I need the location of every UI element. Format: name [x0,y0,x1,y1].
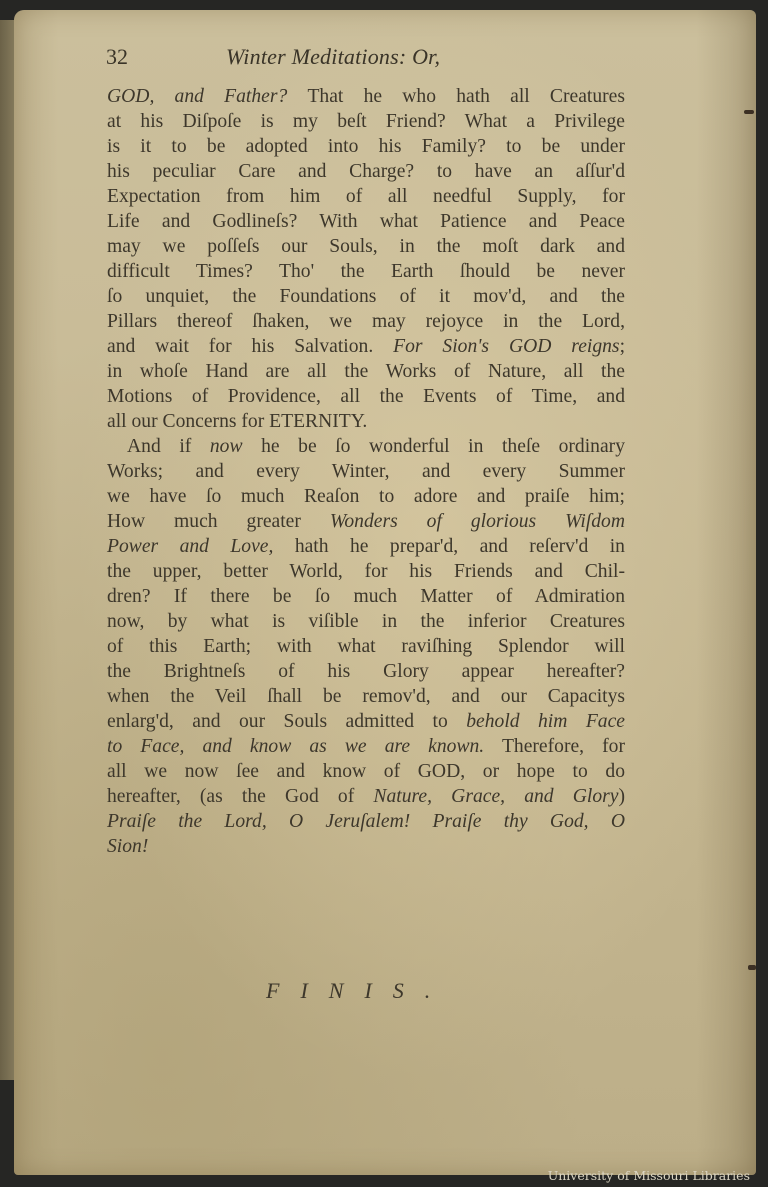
roman-text: How much greater [107,511,330,532]
roman-text: all we now ſee and know of GOD, or hope … [107,761,625,782]
roman-text: dren? If there be ſo much Matter of Admi… [107,586,625,607]
text-line: may we poſſeſs our Souls, in the moſt da… [107,234,625,259]
text-line: in whoſe Hand are all the Works of Natur… [107,359,625,384]
text-line: all we now ſee and know of GOD, or hope … [107,759,625,784]
text-line: when the Veil ſhall be remov'd, and our … [107,684,625,709]
body-text: GOD, and Father? That he who hath all Cr… [107,84,625,859]
italic-text: behold him Face [466,711,625,732]
text-line: Expectation from him of all needful Supp… [107,184,625,209]
text-line: Pillars thereof ſhaken, we may rejoyce i… [107,309,625,334]
italic-text: now [210,436,243,457]
running-head-title: Winter Meditations: Or, [226,44,440,70]
roman-text: Life and Godlineſs? With what Patience a… [107,211,625,232]
roman-text: That he who hath all Creatures [307,86,625,107]
text-line: and wait for his Salvation. For Sion's G… [107,334,625,359]
roman-text: ſo unquiet, the Foundations of it mov'd,… [107,286,625,307]
page-edge-mark [748,965,756,970]
roman-text: Works; and every Winter, and every Summe… [107,461,625,482]
library-credit: University of Missouri Libraries [548,1168,750,1183]
page-number: 32 [106,44,128,70]
text-line: we have ſo much Reaſon to adore and prai… [107,484,625,509]
text-line: all our Concerns for ETERNITY. [107,409,625,434]
finis-closing: FINIS. [266,978,486,1004]
roman-text: Therefore, for [484,736,625,757]
italic-text: Power and Love, [107,536,273,557]
roman-text: And if [127,436,210,457]
roman-text: all our Concerns for ETERNITY. [107,411,367,432]
italic-text: Sion! [107,836,148,857]
text-line: enlarg'd, and our Souls admitted to beho… [107,709,625,734]
text-line: And if now he be ſo wonderful in theſe o… [107,434,625,459]
text-line: is it to be adopted into his Family? to … [107,134,625,159]
roman-text: enlarg'd, and our Souls admitted to [107,711,466,732]
italic-text: For Sion's GOD reigns [393,336,619,357]
text-line: GOD, and Father? That he who hath all Cr… [107,84,625,109]
roman-text: when the Veil ſhall be remov'd, and our … [107,686,625,707]
running-head: 32 Winter Meditations: Or, [106,44,626,74]
italic-text: GOD, and Father? [107,86,307,107]
text-line: to Face, and know as we are known. There… [107,734,625,759]
text-line: difficult Times? Tho' the Earth ſhould b… [107,259,625,284]
roman-text: hath he prepar'd, and reſerv'd in [273,536,625,557]
text-line: at his Diſpoſe is my beſt Friend? What a… [107,109,625,134]
text-line: of this Earth; with what raviſhing Splen… [107,634,625,659]
text-line: Power and Love, hath he prepar'd, and re… [107,534,625,559]
roman-text: his peculiar Care and Charge? to have an… [107,161,625,182]
roman-text: in whoſe Hand are all the Works of Natur… [107,361,625,382]
text-line: Life and Godlineſs? With what Patience a… [107,209,625,234]
roman-text: he be ſo wonderful in theſe ordinary [243,436,625,457]
roman-text: the upper, better World, for his Friends… [107,561,625,582]
roman-text: Motions of Providence, all the Events of… [107,386,625,407]
roman-text: is it to be adopted into his Family? to … [107,136,625,157]
text-line: now, by what is viſible in the inferior … [107,609,625,634]
roman-text: difficult Times? Tho' the Earth ſhould b… [107,261,625,282]
roman-text: may we poſſeſs our Souls, in the moſt da… [107,236,625,257]
text-line: ſo unquiet, the Foundations of it mov'd,… [107,284,625,309]
roman-text: and wait for his Salvation. [107,336,393,357]
roman-text: the Brightneſs of his Glory appear herea… [107,661,625,682]
roman-text: ) [618,786,625,807]
roman-text: at his Diſpoſe is my beſt Friend? What a… [107,111,625,132]
text-line: Motions of Providence, all the Events of… [107,384,625,409]
roman-text: now, by what is viſible in the inferior … [107,611,625,632]
text-line: How much greater Wonders of glorious Wiſ… [107,509,625,534]
roman-text: we have ſo much Reaſon to adore and prai… [107,486,625,507]
roman-text: ; [620,336,625,357]
roman-text: Pillars thereof ſhaken, we may rejoyce i… [107,311,625,332]
italic-text: Praiſe the Lord, O Jeruſalem! Praiſe thy… [107,811,625,832]
roman-text: hereafter, (as the God of [107,786,373,807]
text-line: hereafter, (as the God of Nature, Grace,… [107,784,625,809]
text-line: the Brightneſs of his Glory appear herea… [107,659,625,684]
italic-text: to Face, and know as we are known. [107,736,484,757]
italic-text: Nature, Grace, and Glory [373,786,618,807]
roman-text: of this Earth; with what raviſhing Splen… [107,636,625,657]
text-line: the upper, better World, for his Friends… [107,559,625,584]
text-line: Works; and every Winter, and every Summe… [107,459,625,484]
italic-text: Wonders of glorious Wiſdom [330,511,625,532]
text-line: dren? If there be ſo much Matter of Admi… [107,584,625,609]
roman-text: Expectation from him of all needful Supp… [107,186,625,207]
text-line: Sion! [107,834,625,859]
text-line: Praiſe the Lord, O Jeruſalem! Praiſe thy… [107,809,625,834]
text-line: his peculiar Care and Charge? to have an… [107,159,625,184]
page-edge-mark [744,110,754,114]
